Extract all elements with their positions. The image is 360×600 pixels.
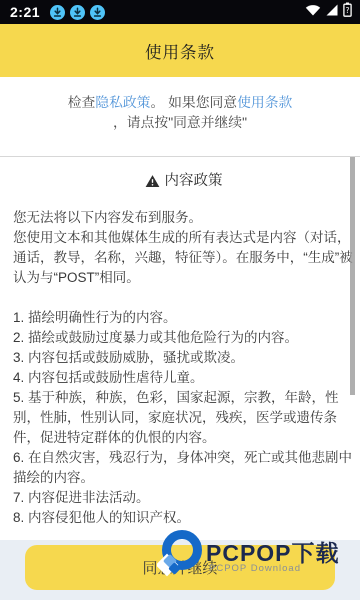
warning-triangle-icon [145, 174, 160, 188]
bottom-bar: 同意并继续 [0, 540, 360, 600]
battery-icon: ? [343, 2, 352, 22]
download-icon [50, 5, 65, 20]
intro-text: ，请点按"同意并继续" [113, 115, 247, 130]
content-policy-title: 内容政策 [165, 171, 223, 191]
policy-item: 7. 内容促进非法活动。 [13, 488, 354, 508]
clock: 2:21 [10, 4, 40, 20]
content-policy-heading: 内容政策 [13, 171, 354, 191]
policy-item: 3. 内容包括或鼓励威胁，骚扰或欺凌。 [13, 348, 354, 368]
intro-text: 。 如果您同意 [150, 95, 237, 110]
signal-icon [326, 3, 338, 21]
policy-item: 2. 描绘或鼓励过度暴力或其他危险行为的内容。 [13, 328, 354, 348]
policy-item: 8. 内容侵犯他人的知识产权。 [13, 508, 354, 528]
policy-item-list: 1. 描绘明确性行为的内容。 2. 描绘或鼓励过度暴力或其他危险行为的内容。 3… [13, 308, 354, 528]
policy-item: 1. 描绘明确性行为的内容。 [13, 308, 354, 328]
content-policy-panel: 内容政策 您无法将以下内容发布到服务。 您使用文本和其他媒体生成的所有表达式是内… [0, 156, 360, 540]
scrollbar-thumb[interactable] [350, 157, 355, 395]
policy-item: 5. 基于种族，种族，色彩，国家起源，宗教，年龄，性别，性肺，性别认同，家庭状况… [13, 388, 354, 448]
intro-text: 检查 [68, 95, 96, 110]
download-icon [90, 5, 105, 20]
privacy-policy-link[interactable]: 隐私政策 [95, 95, 150, 110]
policy-paragraph: 您无法将以下内容发布到服务。 [13, 208, 354, 228]
page-title: 使用条款 [145, 39, 215, 63]
wifi-icon [305, 3, 321, 21]
title-bar: 使用条款 [0, 24, 360, 77]
terms-intro: 检查隐私政策。 如果您同意使用条款 ，请点按"同意并继续" [0, 77, 360, 156]
policy-paragraph: 您使用文本和其他媒体生成的所有表达式是内容（对话，通话，教导，名称，兴趣，特征等… [13, 228, 354, 288]
agree-continue-button[interactable]: 同意并继续 [25, 545, 335, 590]
policy-item: 4. 内容包括或鼓励性虐待儿童。 [13, 368, 354, 388]
status-bar: 2:21 ? [0, 0, 360, 24]
app-window: 2:21 ? 使用条款 检查隐私政策。 如果您同意使用条款 ，请点按"同意并继 [0, 0, 360, 600]
policy-item: 6. 在自然灾害，残忍行为，身体冲突，死亡或其他悲剧中描绘的内容。 [13, 448, 354, 488]
download-icon [70, 5, 85, 20]
terms-of-use-link[interactable]: 使用条款 [237, 95, 292, 110]
svg-text:?: ? [346, 6, 350, 15]
